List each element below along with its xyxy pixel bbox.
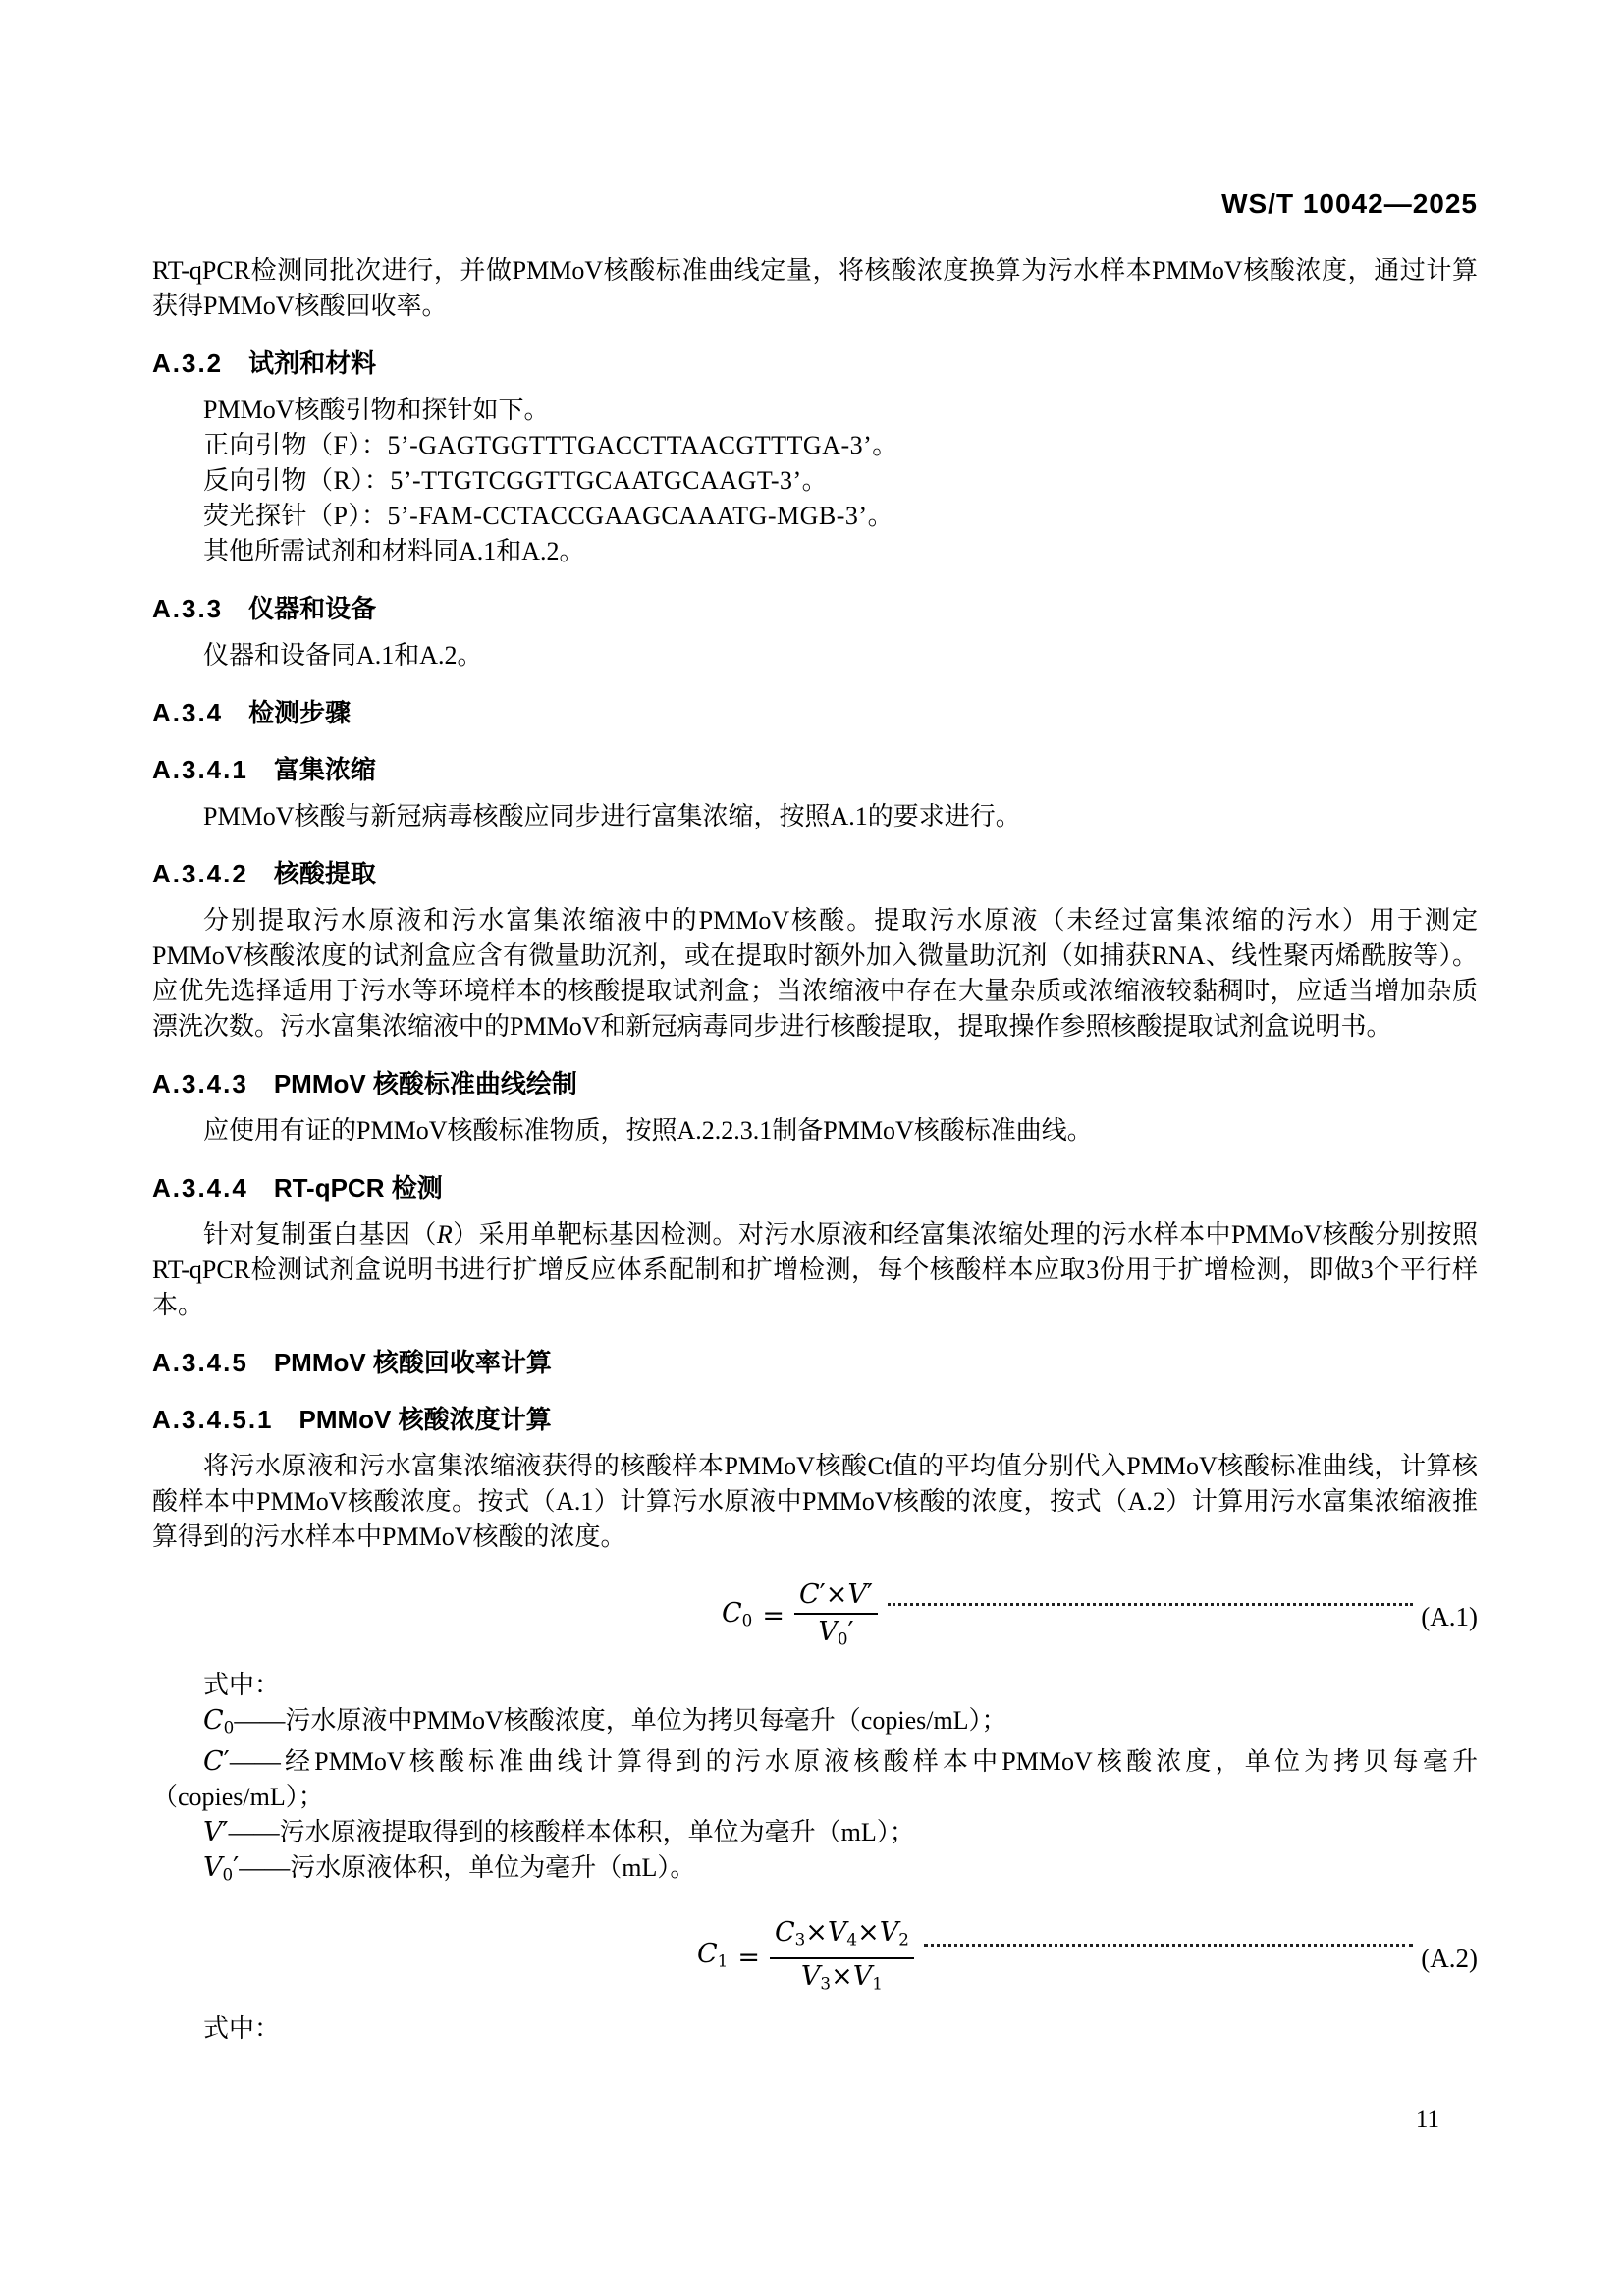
formula-a1-numerator: C′×V′	[794, 1580, 878, 1615]
formula-a1-denominator: V0′	[818, 1615, 853, 1654]
paragraph-forward-primer: 正向引物（F）：5’-GAGTGGTTTGACCTTAACGTTTGA-3’。	[152, 428, 1478, 463]
formula-a1: C0 = C′×V′ V0′ (A.1)	[152, 1580, 1478, 1654]
paragraph-standard-curve: 应使用有证的PMMoV核酸标准物质，按照A.2.2.3.1制备PMMoV核酸标准…	[152, 1113, 1478, 1148]
formula-a1-label: (A.1)	[1421, 1599, 1478, 1634]
section-title: 核酸提取	[274, 859, 376, 888]
section-number: A.3.4.4	[152, 1173, 248, 1202]
section-heading-a344: A.3.4.4RT-qPCR 检测	[152, 1170, 1478, 1205]
section-number: A.3.2	[152, 348, 223, 378]
definition-c-prime: C′——经PMMoV核酸标准曲线计算得到的污水原液核酸样本中PMMoV核酸浓度，…	[152, 1744, 1478, 1815]
intro-paragraph: RT-qPCR检测同批次进行，并做PMMoV核酸标准曲线定量，将核酸浓度换算为污…	[152, 253, 1478, 324]
section-heading-a3451: A.3.4.5.1PMMoV 核酸浓度计算	[152, 1402, 1478, 1437]
section-number: A.3.4.5	[152, 1348, 248, 1377]
section-heading-a341: A.3.4.1富集浓缩	[152, 752, 1478, 787]
formula-a2-label: (A.2)	[1421, 1941, 1478, 1976]
dot-leader	[924, 1944, 1413, 1947]
text-segment: 针对复制蛋白基因（	[203, 1220, 437, 1249]
paragraph-extraction: 分别提取污水原液和污水富集浓缩液中的PMMoV核酸。提取污水原液（未经过富集浓缩…	[152, 903, 1478, 1044]
paragraph-concentration-calc: 将污水原液和污水富集浓缩液获得的核酸样本PMMoV核酸Ct值的平均值分别代入PM…	[152, 1449, 1478, 1555]
definition-text: ——经PMMoV核酸标准曲线计算得到的污水原液核酸样本中PMMoV核酸浓度，单位…	[152, 1747, 1478, 1811]
section-title: PMMoV 核酸回收率计算	[274, 1348, 552, 1377]
formula-a2-lhs: C1	[697, 1937, 728, 1979]
definition-text: ——污水原液体积，单位为毫升（mL）。	[239, 1853, 695, 1882]
definition-text: ——污水原液中PMMoV核酸浓度，单位为拷贝每毫升（copies/mL）；	[234, 1706, 1006, 1735]
page-number: 11	[1416, 2107, 1439, 2134]
section-number: A.3.4.2	[152, 859, 248, 888]
section-number: A.3.4.1	[152, 755, 248, 784]
section-title: 富集浓缩	[274, 755, 376, 784]
section-title: 试剂和材料	[248, 348, 376, 378]
section-number: A.3.4.5.1	[152, 1405, 274, 1434]
where-label: 式中：	[152, 2011, 1478, 2047]
definition-text: ——污水原液提取得到的核酸样本体积，单位为毫升（mL）；	[229, 1818, 915, 1846]
section-heading-a342: A.3.4.2核酸提取	[152, 856, 1478, 891]
section-heading-a32: A.3.2试剂和材料	[152, 346, 1478, 381]
section-title: RT-qPCR 检测	[274, 1173, 443, 1202]
section-title: 仪器和设备	[248, 594, 376, 623]
section-title: 检测步骤	[248, 698, 351, 727]
equals-sign: =	[762, 1599, 785, 1634]
section-number: A.3.4	[152, 698, 223, 727]
section-heading-a345: A.3.4.5PMMoV 核酸回收率计算	[152, 1345, 1478, 1380]
paragraph-probe: 荧光探针（P）：5’-FAM-CCTACCGAAGCAAATG-MGB-3’。	[152, 499, 1478, 534]
paragraph-other-reagents: 其他所需试剂和材料同A.1和A.2。	[152, 534, 1478, 569]
paragraph-instruments: 仪器和设备同A.1和A.2。	[152, 638, 1478, 673]
section-heading-a33: A.3.3仪器和设备	[152, 591, 1478, 626]
definition-v-prime: V′——污水原液提取得到的核酸样本体积，单位为毫升（mL）；	[152, 1815, 1478, 1850]
equals-sign: =	[737, 1941, 760, 1976]
paragraph-enrichment: PMMoV核酸与新冠病毒核酸应同步进行富集浓缩，按照A.1的要求进行。	[152, 799, 1478, 834]
symbol-v-prime: V′	[203, 1817, 229, 1847]
paragraph-primers-intro: PMMoV核酸引物和探针如下。	[152, 393, 1478, 428]
section-number: A.3.3	[152, 594, 223, 623]
gene-symbol: R	[437, 1220, 453, 1249]
formula-a1-lhs: C0	[722, 1596, 752, 1638]
symbol-c-prime: C′	[203, 1746, 230, 1777]
section-heading-a34: A.3.4检测步骤	[152, 695, 1478, 730]
paragraph-rtqpcr: 针对复制蛋白基因（R）采用单靶标基因检测。对污水原液和经富集浓缩处理的污水样本中…	[152, 1217, 1478, 1323]
section-title: PMMoV 核酸浓度计算	[299, 1405, 552, 1434]
definition-v0-prime: V0′——污水原液体积，单位为毫升（mL）。	[152, 1850, 1478, 1893]
formula-a1-fraction: C′×V′ V0′	[794, 1580, 878, 1654]
formula-a2-denominator: V3×V1	[801, 1959, 883, 1999]
section-title: PMMoV 核酸标准曲线绘制	[274, 1069, 577, 1098]
paragraph-reverse-primer: 反向引物（R）：5’-TTGTCGGTTGCAATGCAAGT-3’。	[152, 463, 1478, 499]
section-number: A.3.4.3	[152, 1069, 248, 1098]
document-page: WS/T 10042—2025 RT-qPCR检测同批次进行，并做PMMoV核酸…	[0, 0, 1624, 2296]
formula-a2-numerator: C3×V4×V2	[770, 1918, 914, 1959]
symbol-v0-prime: V0′	[203, 1852, 239, 1883]
dot-leader	[888, 1603, 1413, 1606]
page-content: RT-qPCR检测同批次进行，并做PMMoV核酸标准曲线定量，将核酸浓度换算为污…	[152, 0, 1478, 2047]
symbol-c0: C0	[203, 1705, 234, 1735]
formula-a2-fraction: C3×V4×V2 V3×V1	[770, 1918, 914, 1998]
section-heading-a343: A.3.4.3PMMoV 核酸标准曲线绘制	[152, 1066, 1478, 1101]
where-label: 式中：	[152, 1668, 1478, 1703]
definition-c0: C0——污水原液中PMMoV核酸浓度，单位为拷贝每毫升（copies/mL）；	[152, 1703, 1478, 1745]
formula-a2: C1 = C3×V4×V2 V3×V1 (A.2)	[152, 1918, 1478, 1998]
